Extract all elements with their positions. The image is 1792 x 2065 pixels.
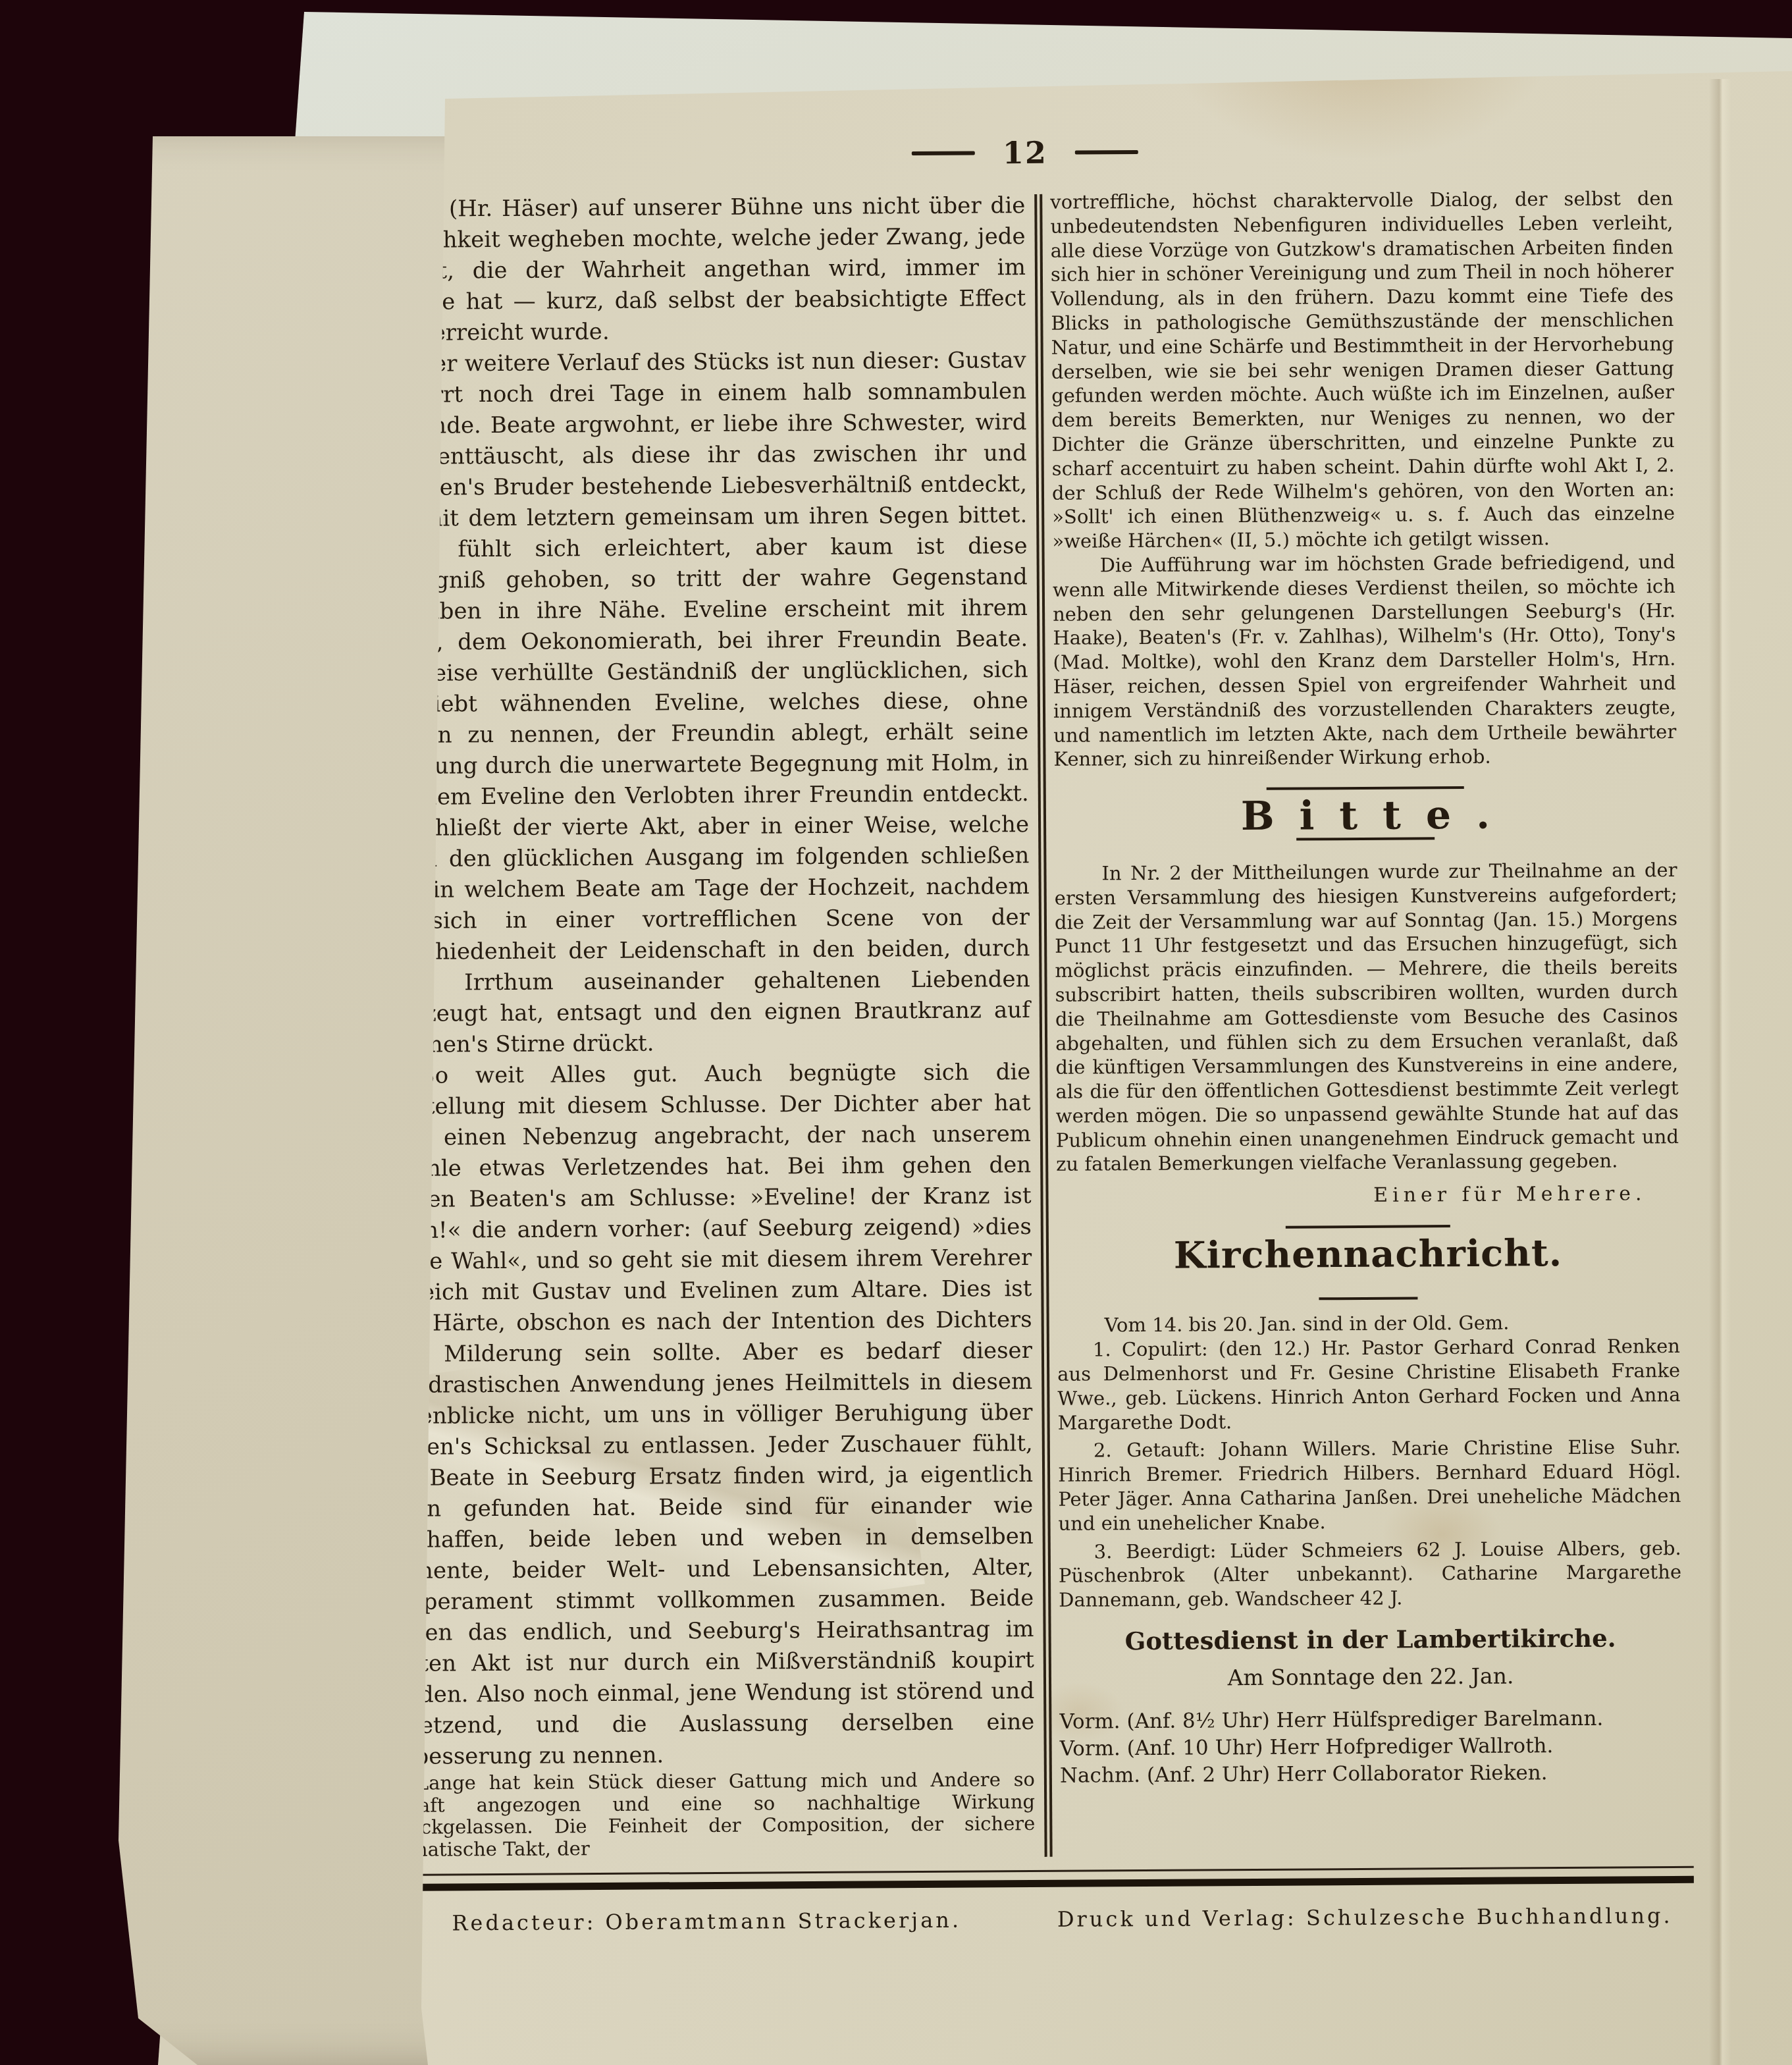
page-number-dash-right	[1075, 150, 1138, 155]
closing-small-paragraph: Lange hat kein Stück dieser Gattung mich…	[377, 1769, 1036, 1861]
review-continuation-paragraph: vortreffliche, höchst charaktervolle Dia…	[1050, 186, 1675, 554]
list-item: Vorm. (Anf. 10 Uhr) Herr Hofprediger Wal…	[1060, 1731, 1683, 1762]
footer-redacteur: Redacteur: Oberamtmann Strackerjan.	[377, 1907, 1036, 1936]
footer-verlag: Druck und Verlag: Schulzesche Buchhandlu…	[1036, 1903, 1694, 1932]
two-column-layout: Holms (Hr. Häser) auf unserer Bühne uns …	[367, 186, 1693, 1861]
left-column: Holms (Hr. Häser) auf unserer Bühne uns …	[367, 190, 1035, 1861]
page-number-row: 12	[367, 131, 1683, 174]
right-column: vortreffliche, höchst charaktervolle Dia…	[1050, 186, 1683, 1857]
section-rule	[1286, 1225, 1450, 1229]
list-item: Vorm. (Anf. 8½ Uhr) Herr Hülfsprediger B…	[1059, 1704, 1682, 1735]
list-item: Nachm. (Anf. 2 Uhr) Herr Collaborator Ri…	[1060, 1758, 1683, 1789]
article-continuation-paragraph: Holms (Hr. Häser) auf unserer Bühne uns …	[367, 190, 1026, 349]
column-divider-rule	[1034, 194, 1052, 1857]
footer-rule-thick	[377, 1876, 1694, 1891]
gottesdienst-date-line: Am Sonntage den 22. Jan.	[1059, 1663, 1682, 1692]
page-number-dash-left	[912, 151, 975, 155]
plot-paragraph: Der weitere Verlauf des Stücks ist nun d…	[368, 345, 1031, 1061]
critique-paragraph: So weit Alles gut. Auch begnügte sich di…	[372, 1057, 1035, 1773]
bitte-heading: Bitte.	[1079, 802, 1677, 830]
page-content: 12 Holms (Hr. Häser) auf unserer Bühne u…	[367, 131, 1695, 1936]
page-number: 12	[1003, 135, 1047, 171]
bitte-body-paragraph: In Nr. 2 der Mittheilungen wurde zur The…	[1054, 858, 1679, 1177]
list-item: 2. Getauft: Johann Willers. Marie Christ…	[1058, 1435, 1681, 1536]
list-item: 3. Beerdigt: Lüder Schmeiers 62 J. Louis…	[1059, 1536, 1682, 1612]
service-times-list: Vorm. (Anf. 8½ Uhr) Herr Hülfsprediger B…	[1059, 1704, 1683, 1789]
bitte-signature: Einer für Mehrere.	[1056, 1182, 1679, 1210]
heading-underline-rule	[1319, 1297, 1417, 1301]
performance-paragraph: Die Aufführung war im höchsten Grade bef…	[1053, 550, 1677, 772]
kirchennachricht-heading: Kirchennachricht.	[1057, 1241, 1679, 1269]
church-records-list: 1. Copulirt: (den 12.) Hr. Pastor Gerhar…	[1057, 1334, 1682, 1613]
gottesdienst-heading: Gottesdienst in der Lambertikirche.	[1059, 1626, 1682, 1654]
footer-rule-thin	[377, 1866, 1694, 1876]
paper-crease-right	[1709, 79, 1731, 2065]
imprint-footer: Redacteur: Oberamtmann Strackerjan. Druc…	[377, 1903, 1694, 1936]
section-rule	[1267, 786, 1464, 790]
kirchennachricht-intro-line: Vom 14. bis 20. Jan. sind in der Old. Ge…	[1057, 1310, 1680, 1338]
list-item: 1. Copulirt: (den 12.) Hr. Pastor Gerhar…	[1057, 1334, 1681, 1435]
